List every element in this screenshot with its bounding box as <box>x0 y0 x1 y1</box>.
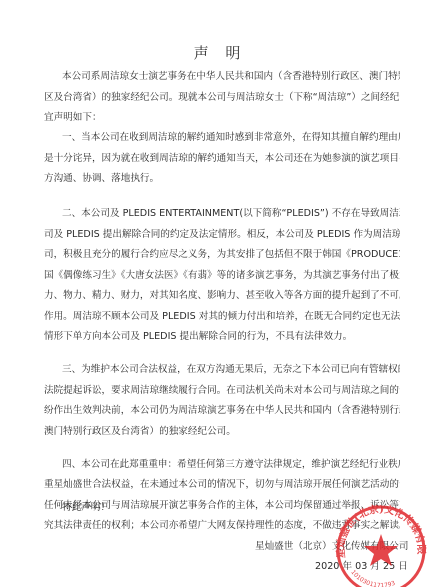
para2-line: 情形下单方向本公司及 PLEDIS 提出解除合同的行为，不具有法律效力。 <box>44 330 400 344</box>
para2-line: 国《偶像练习生》《大唐女法医》《有翡》等的诸多演艺事务，为其演艺事务付出了极大的… <box>44 269 400 283</box>
para4-line: 四、本公司在此郑重重申：希望任何第三方遵守法律规定，维护演艺经纪行业秩序，尊 <box>62 458 400 472</box>
para3-line: 纷作出生效判决前，本公司仍为周洁琼演艺事务在中华人民共和国内（含香港特别行政区、 <box>44 404 400 418</box>
para3-line: 三、为维护本公司合法权益，在双方沟通无果后，无奈之下本公司已向有管辖权的人民 <box>62 363 400 377</box>
para3-line: 法院提起诉讼，要求周洁琼继续履行合同。在司法机关尚未对本公司与周洁琼之间的合同纠 <box>44 384 400 398</box>
para1-line: 方沟通、协调、落地执行。 <box>44 172 400 186</box>
para3-line: 澳门特别行政区及台湾省）的独家经纪公司。 <box>44 425 400 439</box>
para4-line: 重星灿盛世合法权益，在未通过本公司的情况下，切勿与周洁琼开展任何演艺活动的合作。 <box>44 478 400 492</box>
para2-line: 司及 PLEDIS 提出解除合同的约定及法定情形。相反，本公司及 PLEDIS … <box>44 228 400 242</box>
company-seal-stamp-icon: 星灿盛世(北京)文化传媒有限公司 1010301171793 <box>325 500 437 587</box>
para2-line: 二、本公司及 PLEDIS ENTERTAINMENT(以下简称“PLEDIS”… <box>62 207 400 221</box>
intro-line: 区及台湾省）的独家经纪公司。现就本公司与周洁琼女士（下称“周洁琼”）之间经纪合约… <box>44 91 400 105</box>
document-title: 声 明 <box>0 42 440 63</box>
para1-line: 是十分诧异，因为就在收到周洁琼的解约通知当天，本公司还在为她参演的演艺项目与第三 <box>44 152 400 166</box>
intro-line: 宜声明如下： <box>44 111 400 125</box>
para1-line: 一、当本公司在收到周洁琼的解约通知时感到非常意外，在得知其擅自解约理由后，更 <box>62 131 400 145</box>
para2-line: 作用。周洁琼不顾本公司及 PLEDIS 对其的倾力付出和培养，在既无合同约定也无… <box>44 310 400 324</box>
intro-line: 本公司系周洁琼女士演艺事务在中华人民共和国内（含香港特别行政区、澳门特别行政 <box>62 70 400 84</box>
closing-statement: 特此声明！ <box>62 501 110 515</box>
para2-line: 司，积极且充分的履行合约应尽之义务，为其安排了包括但不限于韩国《PRODUCE1… <box>44 248 400 262</box>
para2-line: 力、物力、精力、财力，对其知名度、影响力、甚至收入等各方面的提升起到了不可磨灭的 <box>44 289 400 303</box>
